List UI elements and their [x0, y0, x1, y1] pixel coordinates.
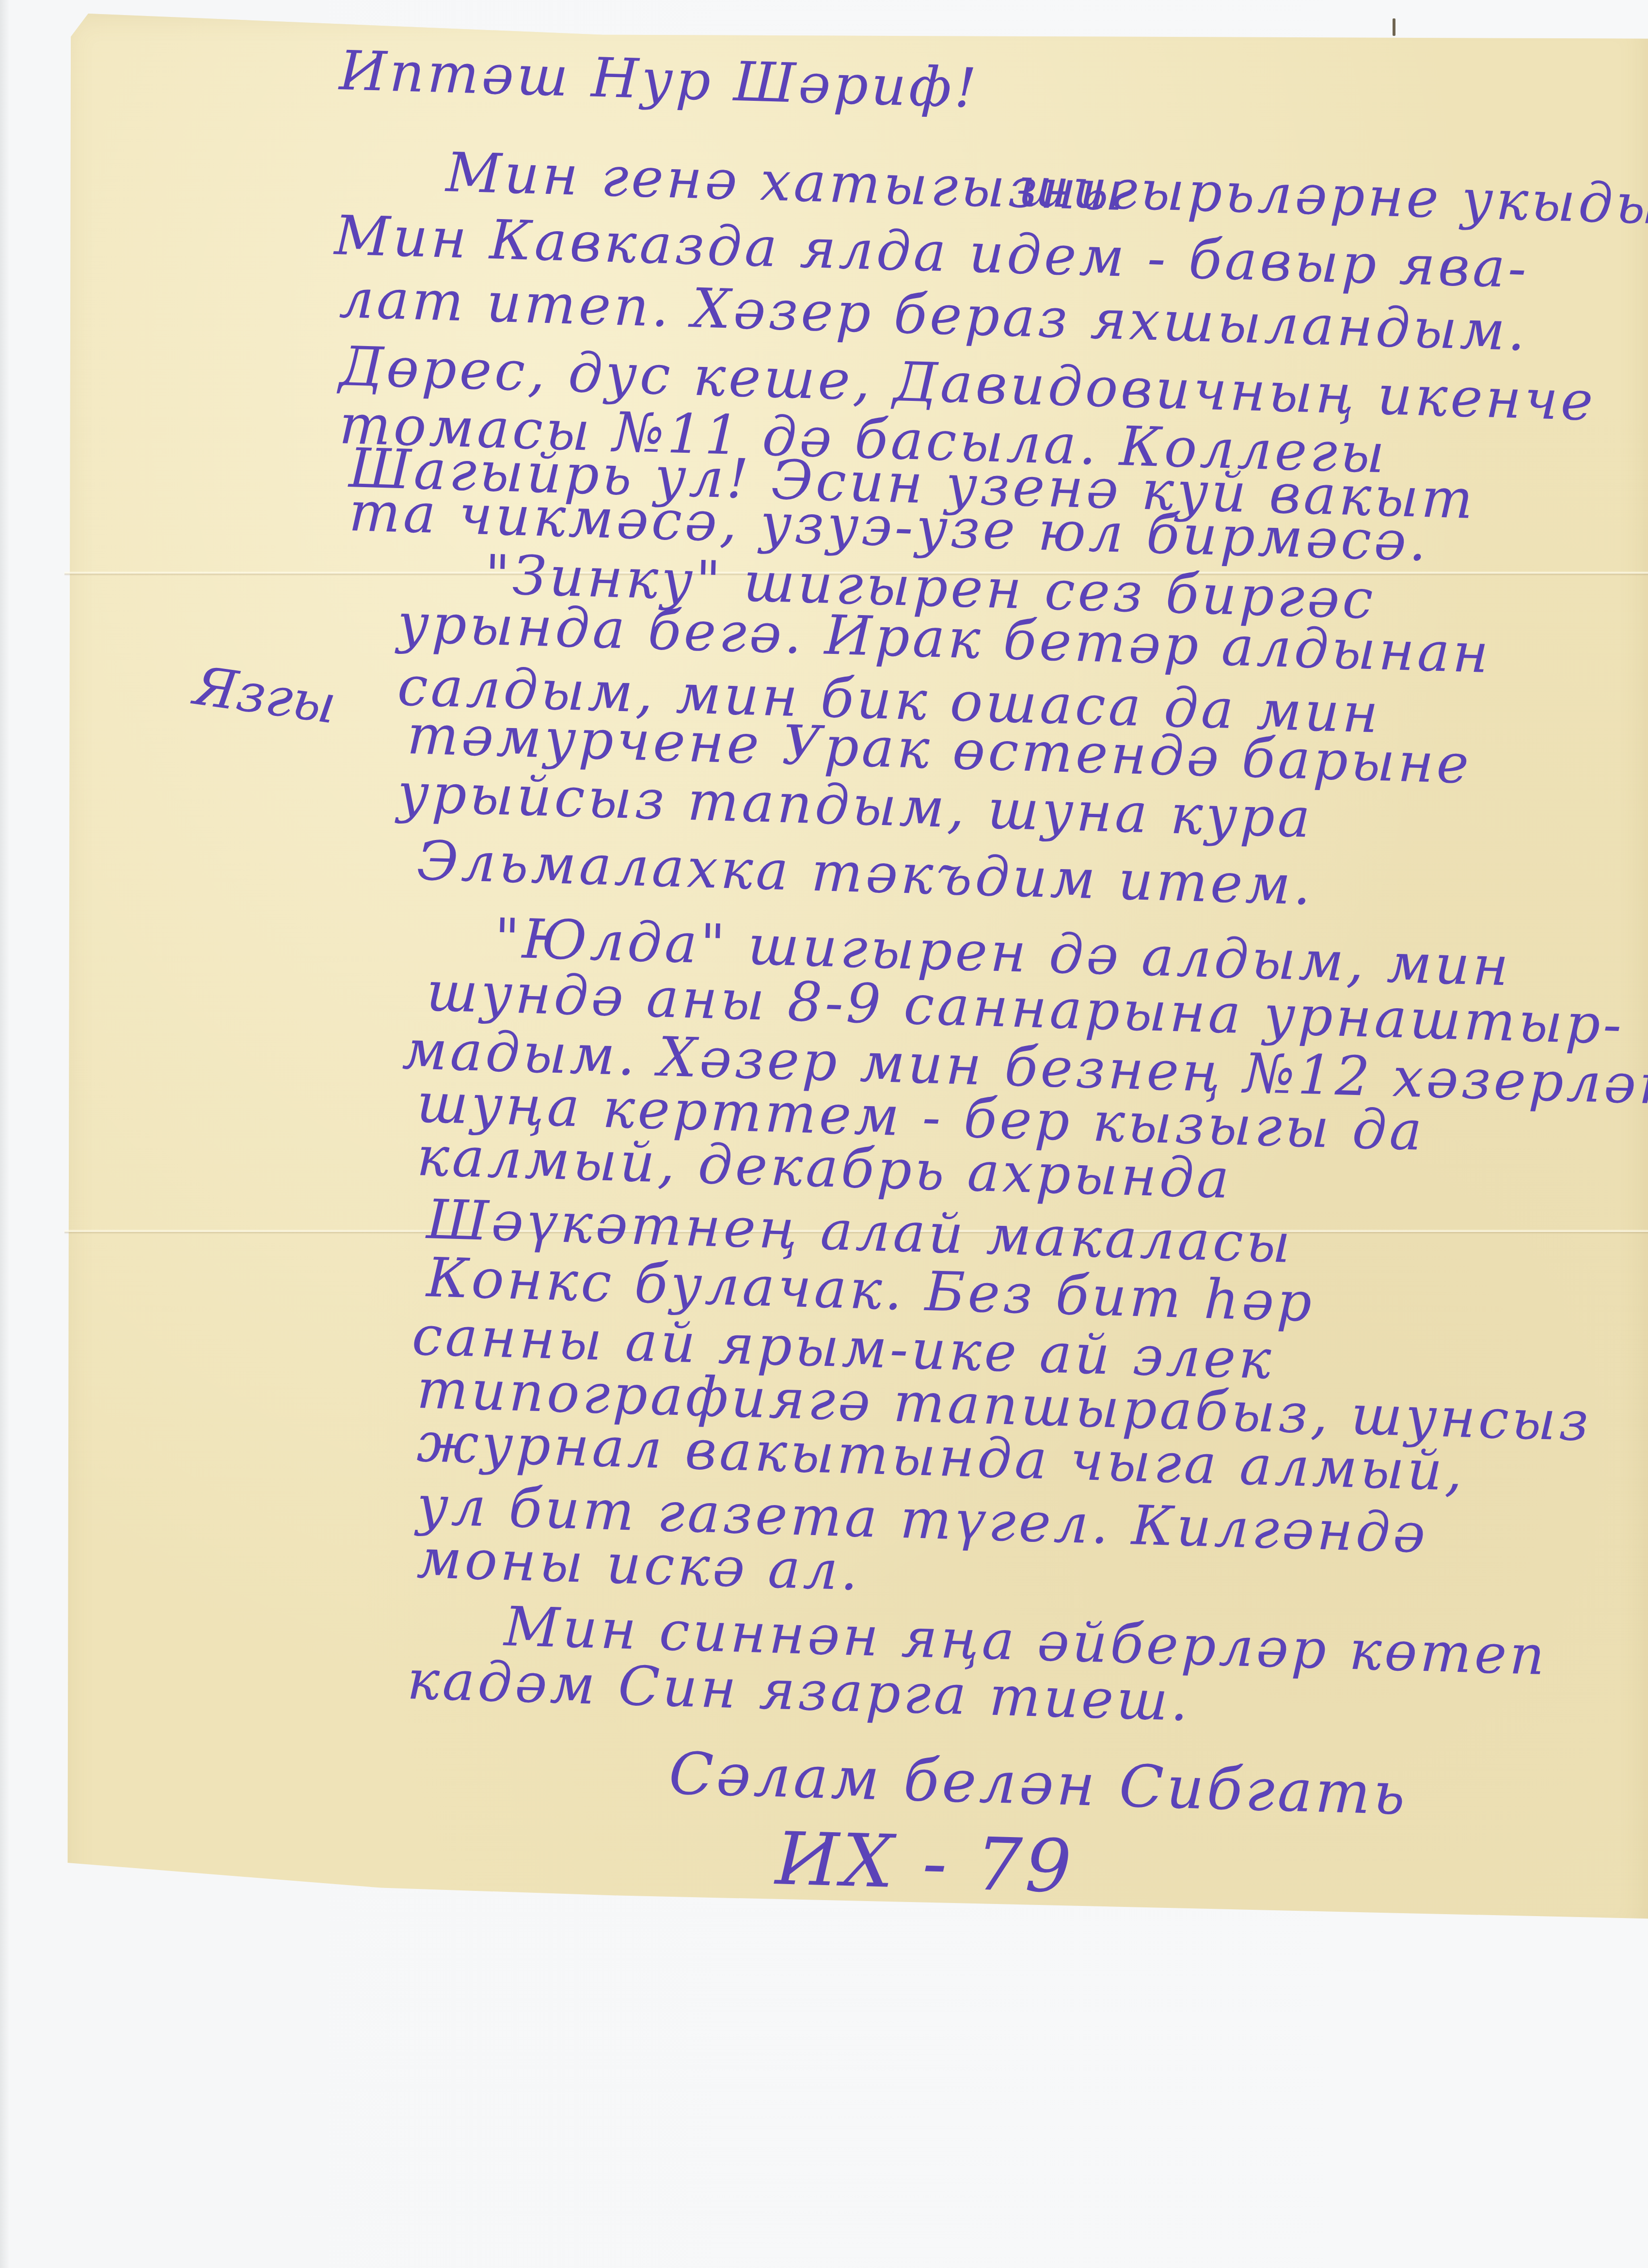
salutation: Иптәш Нур Шәриф! [338, 44, 980, 116]
initials-and-year: ИХ - 79 [775, 1823, 1075, 1903]
margin-note: Язгы [190, 654, 340, 736]
letter-line: шигырьләрне укыдым. [1017, 160, 1648, 234]
handwritten-letter: Иптәш Нур Шәриф! Мин генә хатыгызны шигы… [0, 0, 1648, 2268]
closing-signature: Сәлам белән Сибгать [668, 1745, 1409, 1824]
letter-line: моны искә ал. [416, 1532, 861, 1599]
